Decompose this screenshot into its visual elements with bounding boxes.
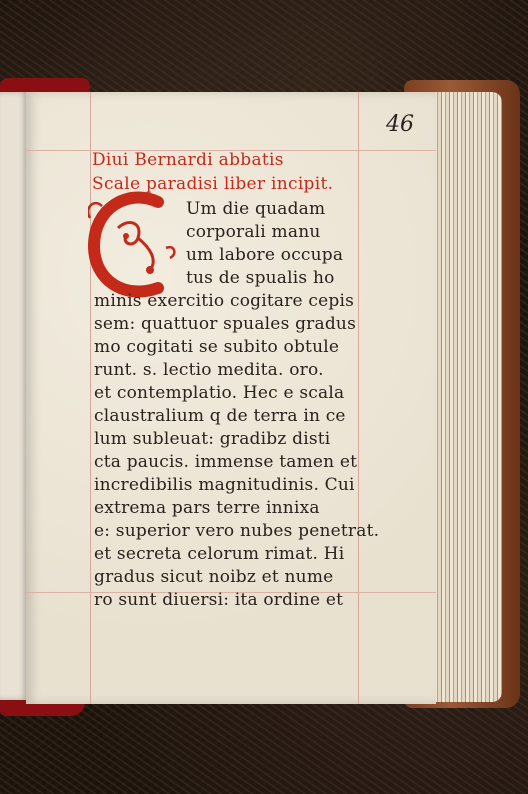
- text-line: gradus sicut noibz et nume: [94, 567, 333, 587]
- rubric-line-1: Diui Bernardi abbatis: [92, 150, 284, 170]
- text-line: et contemplatio. Hec e scala: [94, 383, 344, 403]
- decorated-initial-c-icon: [88, 188, 178, 304]
- text-line: extrema pars terre innixa: [94, 498, 320, 518]
- ruling-right: [358, 92, 359, 704]
- text-line: tus de spualis ho: [186, 268, 335, 288]
- text-line: minis exercitio cogitare cepis: [94, 291, 354, 311]
- text-line: corporali manu: [186, 222, 321, 242]
- page-fore-edge: [430, 92, 502, 702]
- text-line: lum subleuat: gradibz disti: [94, 429, 330, 449]
- ruling-left: [90, 92, 91, 704]
- text-line: incredibilis magnitudinis. Cui: [94, 475, 355, 495]
- text-line: um labore occupa: [186, 245, 343, 265]
- text-line: ro sunt diuersi: ita ordine et: [94, 590, 343, 610]
- text-line: runt. s. lectio medita. oro.: [94, 360, 324, 380]
- text-line: claustralium q de terra in ce: [94, 406, 346, 426]
- text-line: Um die quadam: [186, 199, 325, 219]
- text-line: e: superior vero nubes penetrat.: [94, 521, 379, 541]
- text-line: mo cogitati se subito obtule: [94, 337, 339, 357]
- text-line: sem: quattuor spuales gradus: [94, 314, 356, 334]
- text-line: et secreta celorum rimat. Hi: [94, 544, 344, 564]
- folio-number: 46: [386, 112, 414, 137]
- text-line: cta paucis. immense tamen et: [94, 452, 357, 472]
